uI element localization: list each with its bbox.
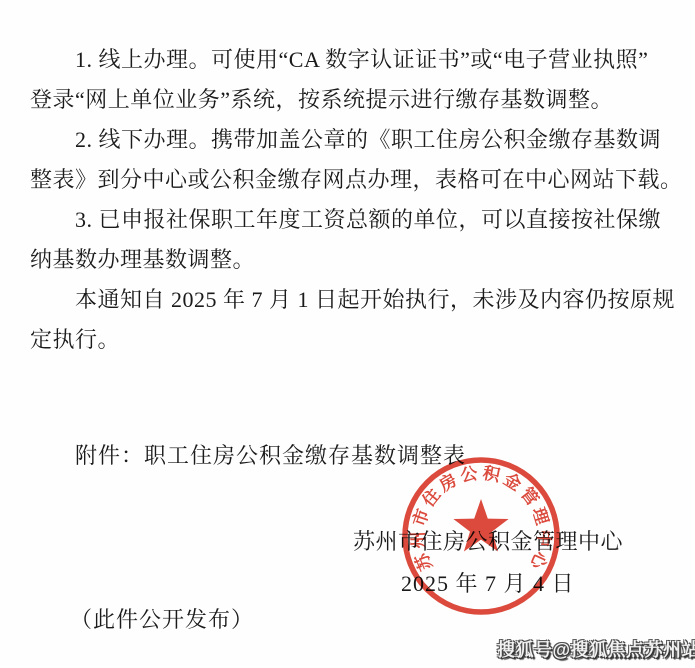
notice-document-page: 1. 线上办理。可使用“CA 数字认证证书”或“电子营业执照” 登录“网上单位业… (0, 0, 695, 668)
body-line: 纳基数办理基数调整。 (30, 240, 670, 280)
body-line: 定执行。 (30, 320, 670, 360)
body-line: 整表》到分中心或公积金缴存网点办理，表格可在中心网站下载。 (30, 160, 670, 200)
body-line: 1. 线上办理。可使用“CA 数字认证证书”或“电子营业执照” (30, 40, 670, 80)
seal-curved-text: 苏州市住房公积金管理中心 (409, 462, 555, 575)
notice-body: 1. 线上办理。可使用“CA 数字认证证书”或“电子营业执照” 登录“网上单位业… (30, 40, 670, 360)
signature-date: 2025 年 7 月 4 日 (401, 570, 575, 598)
signature-organization: 苏州市住房公积金管理中心 (353, 528, 623, 556)
body-line: 2. 线下办理。携带加盖公章的《职工住房公积金缴存基数调 (30, 120, 670, 160)
body-line: 本通知自 2025 年 7 月 1 日起开始执行，未涉及内容仍按原规 (30, 280, 670, 320)
attachment-line: 附件：职工住房公积金缴存基数调整表 (75, 441, 466, 471)
body-line: 登录“网上单位业务”系统，按系统提示进行缴存基数调整。 (30, 80, 670, 120)
body-line: 3. 已申报社保职工年度工资总额的单位，可以直接按社保缴 (30, 200, 670, 240)
watermark-text: 搜狐号@搜狐焦点苏州站 (497, 636, 695, 662)
public-release-note: （此件公开发布） (70, 605, 254, 635)
